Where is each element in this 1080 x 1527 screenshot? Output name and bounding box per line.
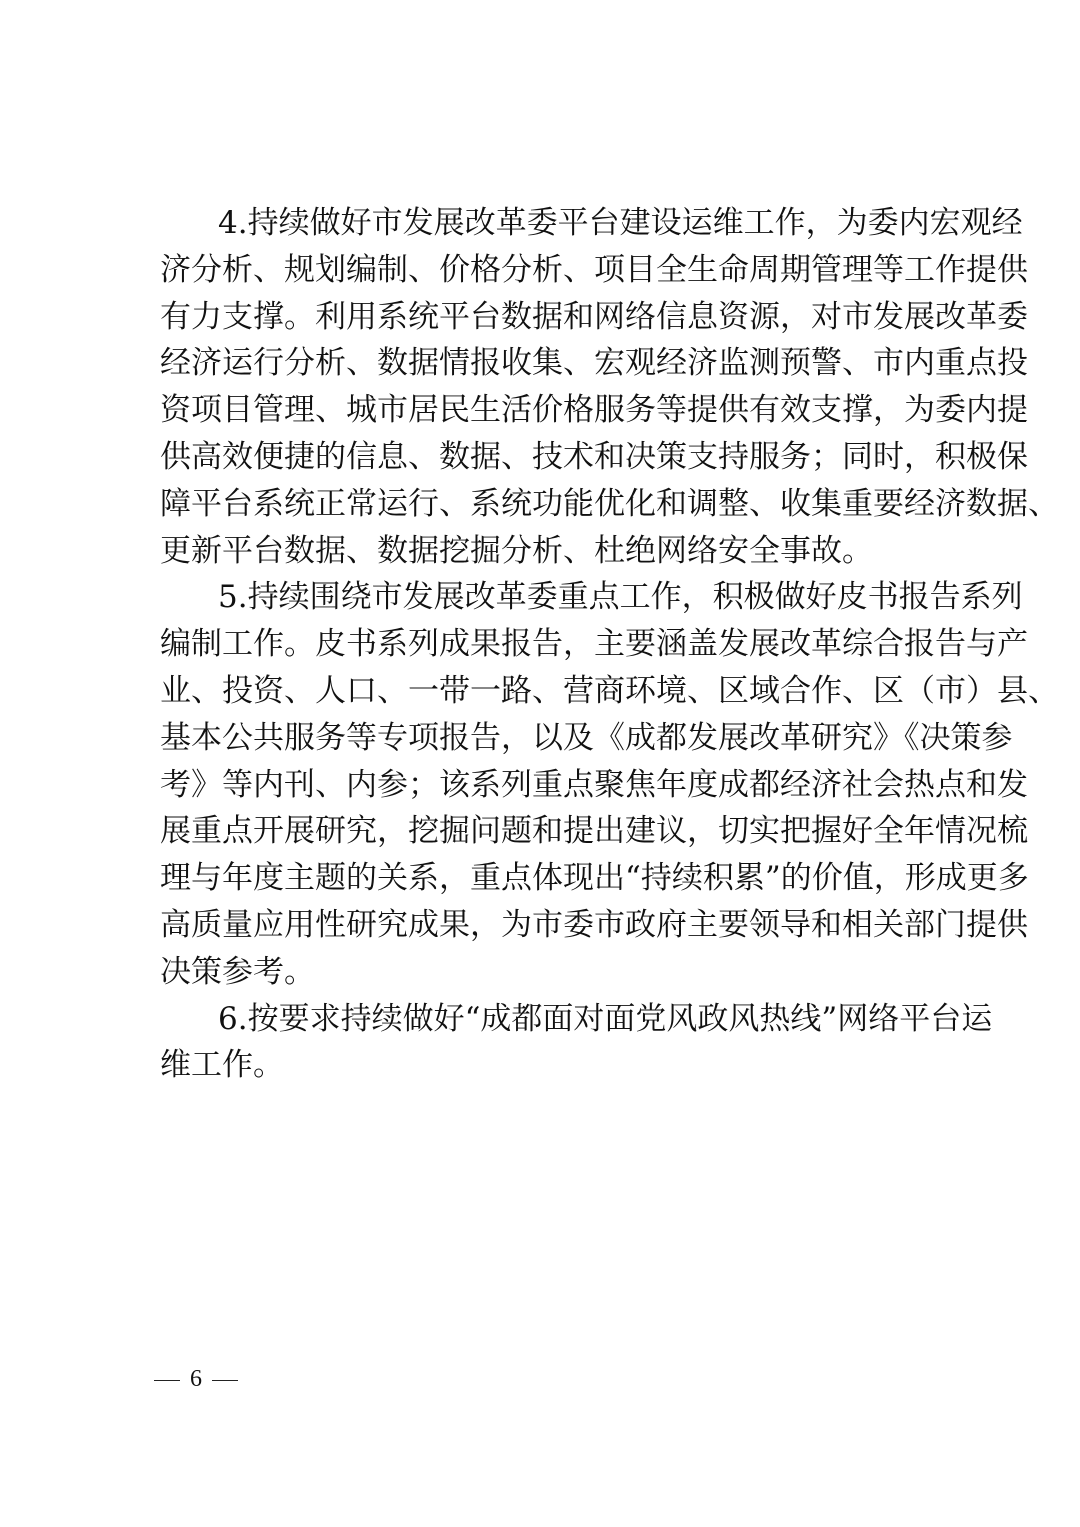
text-line: 经济运行分析、数据情报收集、宏观经济监测预警、市内重点投: [160, 340, 950, 387]
page-number-value: 6: [190, 1366, 202, 1392]
paragraph-item-5: 5.持续围绕市发展改革委重点工作，积极做好皮书报告系列 编制工作。皮书系列成果报…: [160, 574, 950, 995]
text-line: 业、投资、人口、一带一路、营商环境、区域合作、区（市）县、: [160, 668, 950, 715]
paragraph-item-6: 6.按要求持续做好“成都面对面党风政风热线”网络平台运 维工作。: [160, 996, 950, 1090]
text-line: 决策参考。: [160, 949, 950, 996]
text-line: 5.持续围绕市发展改革委重点工作，积极做好皮书报告系列: [160, 574, 950, 621]
text-line: 考》等内刊、内参；该系列重点聚焦年度成都经济社会热点和发: [160, 762, 950, 809]
text-line: 资项目管理、城市居民生活价格服务等提供有效支撑，为委内提: [160, 387, 950, 434]
text-line: 4.持续做好市发展改革委平台建设运维工作，为委内宏观经: [160, 200, 950, 247]
page-number: 6: [144, 1364, 248, 1394]
document-body: 4.持续做好市发展改革委平台建设运维工作，为委内宏观经 济分析、规划编制、价格分…: [160, 200, 950, 1089]
text-line: 更新平台数据、数据挖掘分析、杜绝网络安全事故。: [160, 528, 950, 575]
text-line: 维工作。: [160, 1042, 950, 1089]
text-line: 理与年度主题的关系，重点体现出“持续积累”的价值，形成更多: [160, 855, 950, 902]
document-page: 4.持续做好市发展改革委平台建设运维工作，为委内宏观经 济分析、规划编制、价格分…: [0, 0, 1080, 1527]
text-line: 高质量应用性研究成果，为市委市政府主要领导和相关部门提供: [160, 902, 950, 949]
text-line: 供高效便捷的信息、数据、技术和决策支持服务；同时，积极保: [160, 434, 950, 481]
text-line: 6.按要求持续做好“成都面对面党风政风热线”网络平台运: [160, 996, 950, 1043]
text-line: 编制工作。皮书系列成果报告，主要涵盖发展改革综合报告与产: [160, 621, 950, 668]
dash-left-decoration: [154, 1380, 180, 1382]
text-line: 济分析、规划编制、价格分析、项目全生命周期管理等工作提供: [160, 247, 950, 294]
dash-right-decoration: [212, 1380, 238, 1382]
text-line: 障平台系统正常运行、系统功能优化和调整、收集重要经济数据、: [160, 481, 950, 528]
text-line: 有力支撑。利用系统平台数据和网络信息资源，对市发展改革委: [160, 294, 950, 341]
paragraph-item-4: 4.持续做好市发展改革委平台建设运维工作，为委内宏观经 济分析、规划编制、价格分…: [160, 200, 950, 574]
text-line: 展重点开展研究，挖掘问题和提出建议，切实把握好全年情况梳: [160, 808, 950, 855]
text-line: 基本公共服务等专项报告，以及《成都发展改革研究》《决策参: [160, 715, 950, 762]
